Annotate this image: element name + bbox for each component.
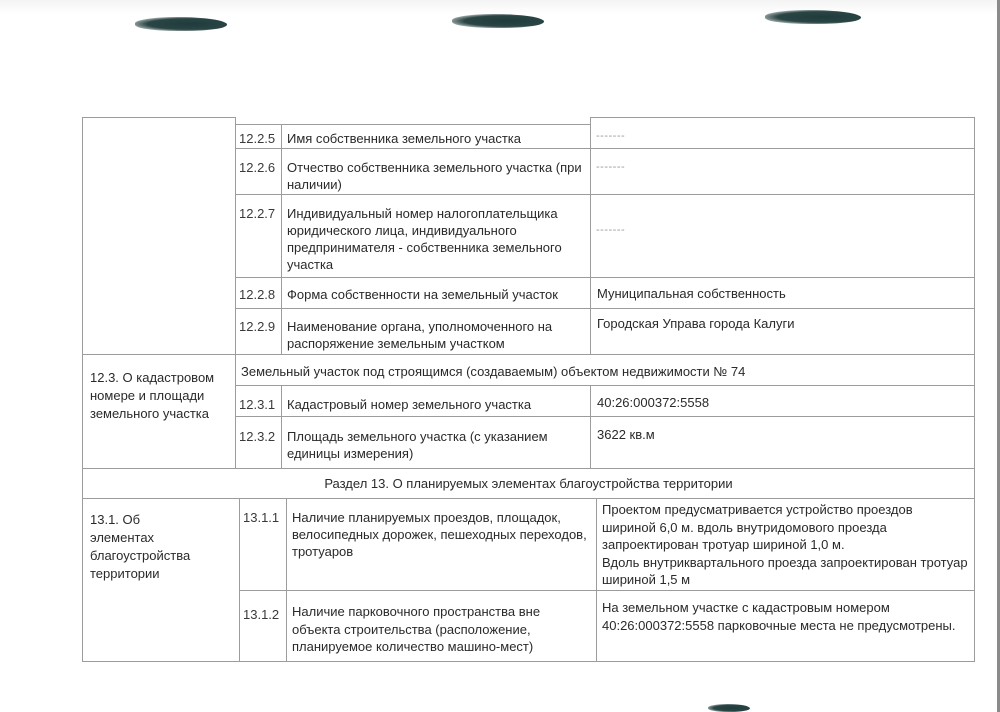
row-code: 12.2.5 bbox=[235, 124, 282, 149]
row-value: ------- bbox=[590, 117, 975, 149]
row-code: 13.1.2 bbox=[239, 590, 287, 662]
punch-hole-mark bbox=[452, 14, 544, 28]
row-code: 12.2.8 bbox=[235, 277, 282, 309]
section-13-header: Раздел 13. О планируемых элементах благо… bbox=[82, 468, 975, 499]
scan-top-shadow bbox=[0, 0, 1000, 14]
row-label: Форма собственности на земельный участок bbox=[281, 277, 591, 309]
row-value: ------- bbox=[590, 148, 975, 195]
row-value: ------- bbox=[590, 194, 975, 278]
row-value: Городская Управа города Калуги bbox=[590, 308, 975, 355]
row-value: 40:26:000372:5558 bbox=[590, 385, 975, 417]
row-label: Отчество собственника земельного участка… bbox=[281, 148, 591, 195]
row-label: Кадастровый номер земельного участка bbox=[281, 385, 591, 417]
row-label: Площадь земельного участка (с указанием … bbox=[281, 416, 591, 469]
row-label: Наименование органа, уполномоченного на … bbox=[281, 308, 591, 355]
row-value: Проектом предусматривается устройство пр… bbox=[596, 498, 975, 591]
row-value: 3622 кв.м bbox=[590, 416, 975, 469]
row-label: Индивидуальный номер налогоплательщика ю… bbox=[281, 194, 591, 278]
group-title-13-1: 13.1. Об элементах благоустройства терри… bbox=[82, 498, 240, 662]
row-code: 12.2.9 bbox=[235, 308, 282, 355]
row-code: 12.2.6 bbox=[235, 148, 282, 195]
row-value: На земельном участке с кадастровым номер… bbox=[596, 590, 975, 662]
row-code: 13.1.1 bbox=[239, 498, 287, 591]
group-title-12-3: 12.3. О кадастровом номере и площади зем… bbox=[82, 354, 236, 469]
row-label: Наличие планируемых проездов, площадок, … bbox=[286, 498, 597, 591]
punch-hole-mark bbox=[135, 17, 227, 31]
row-value: Муниципальная собственность bbox=[590, 277, 975, 309]
row-code: 12.3.1 bbox=[235, 385, 282, 417]
group-cell-12-2-continuation bbox=[82, 117, 236, 355]
row-code: 12.3.2 bbox=[235, 416, 282, 469]
row-label: Имя собственника земельного участка bbox=[281, 124, 591, 149]
row-label: Наличие парковочного пространства вне об… bbox=[286, 590, 597, 662]
row-code: 12.2.7 bbox=[235, 194, 282, 278]
punch-hole-mark bbox=[765, 10, 861, 24]
group-subheader-12-3: Земельный участок под строящимся (создав… bbox=[235, 354, 975, 386]
punch-hole-mark bbox=[708, 704, 750, 712]
